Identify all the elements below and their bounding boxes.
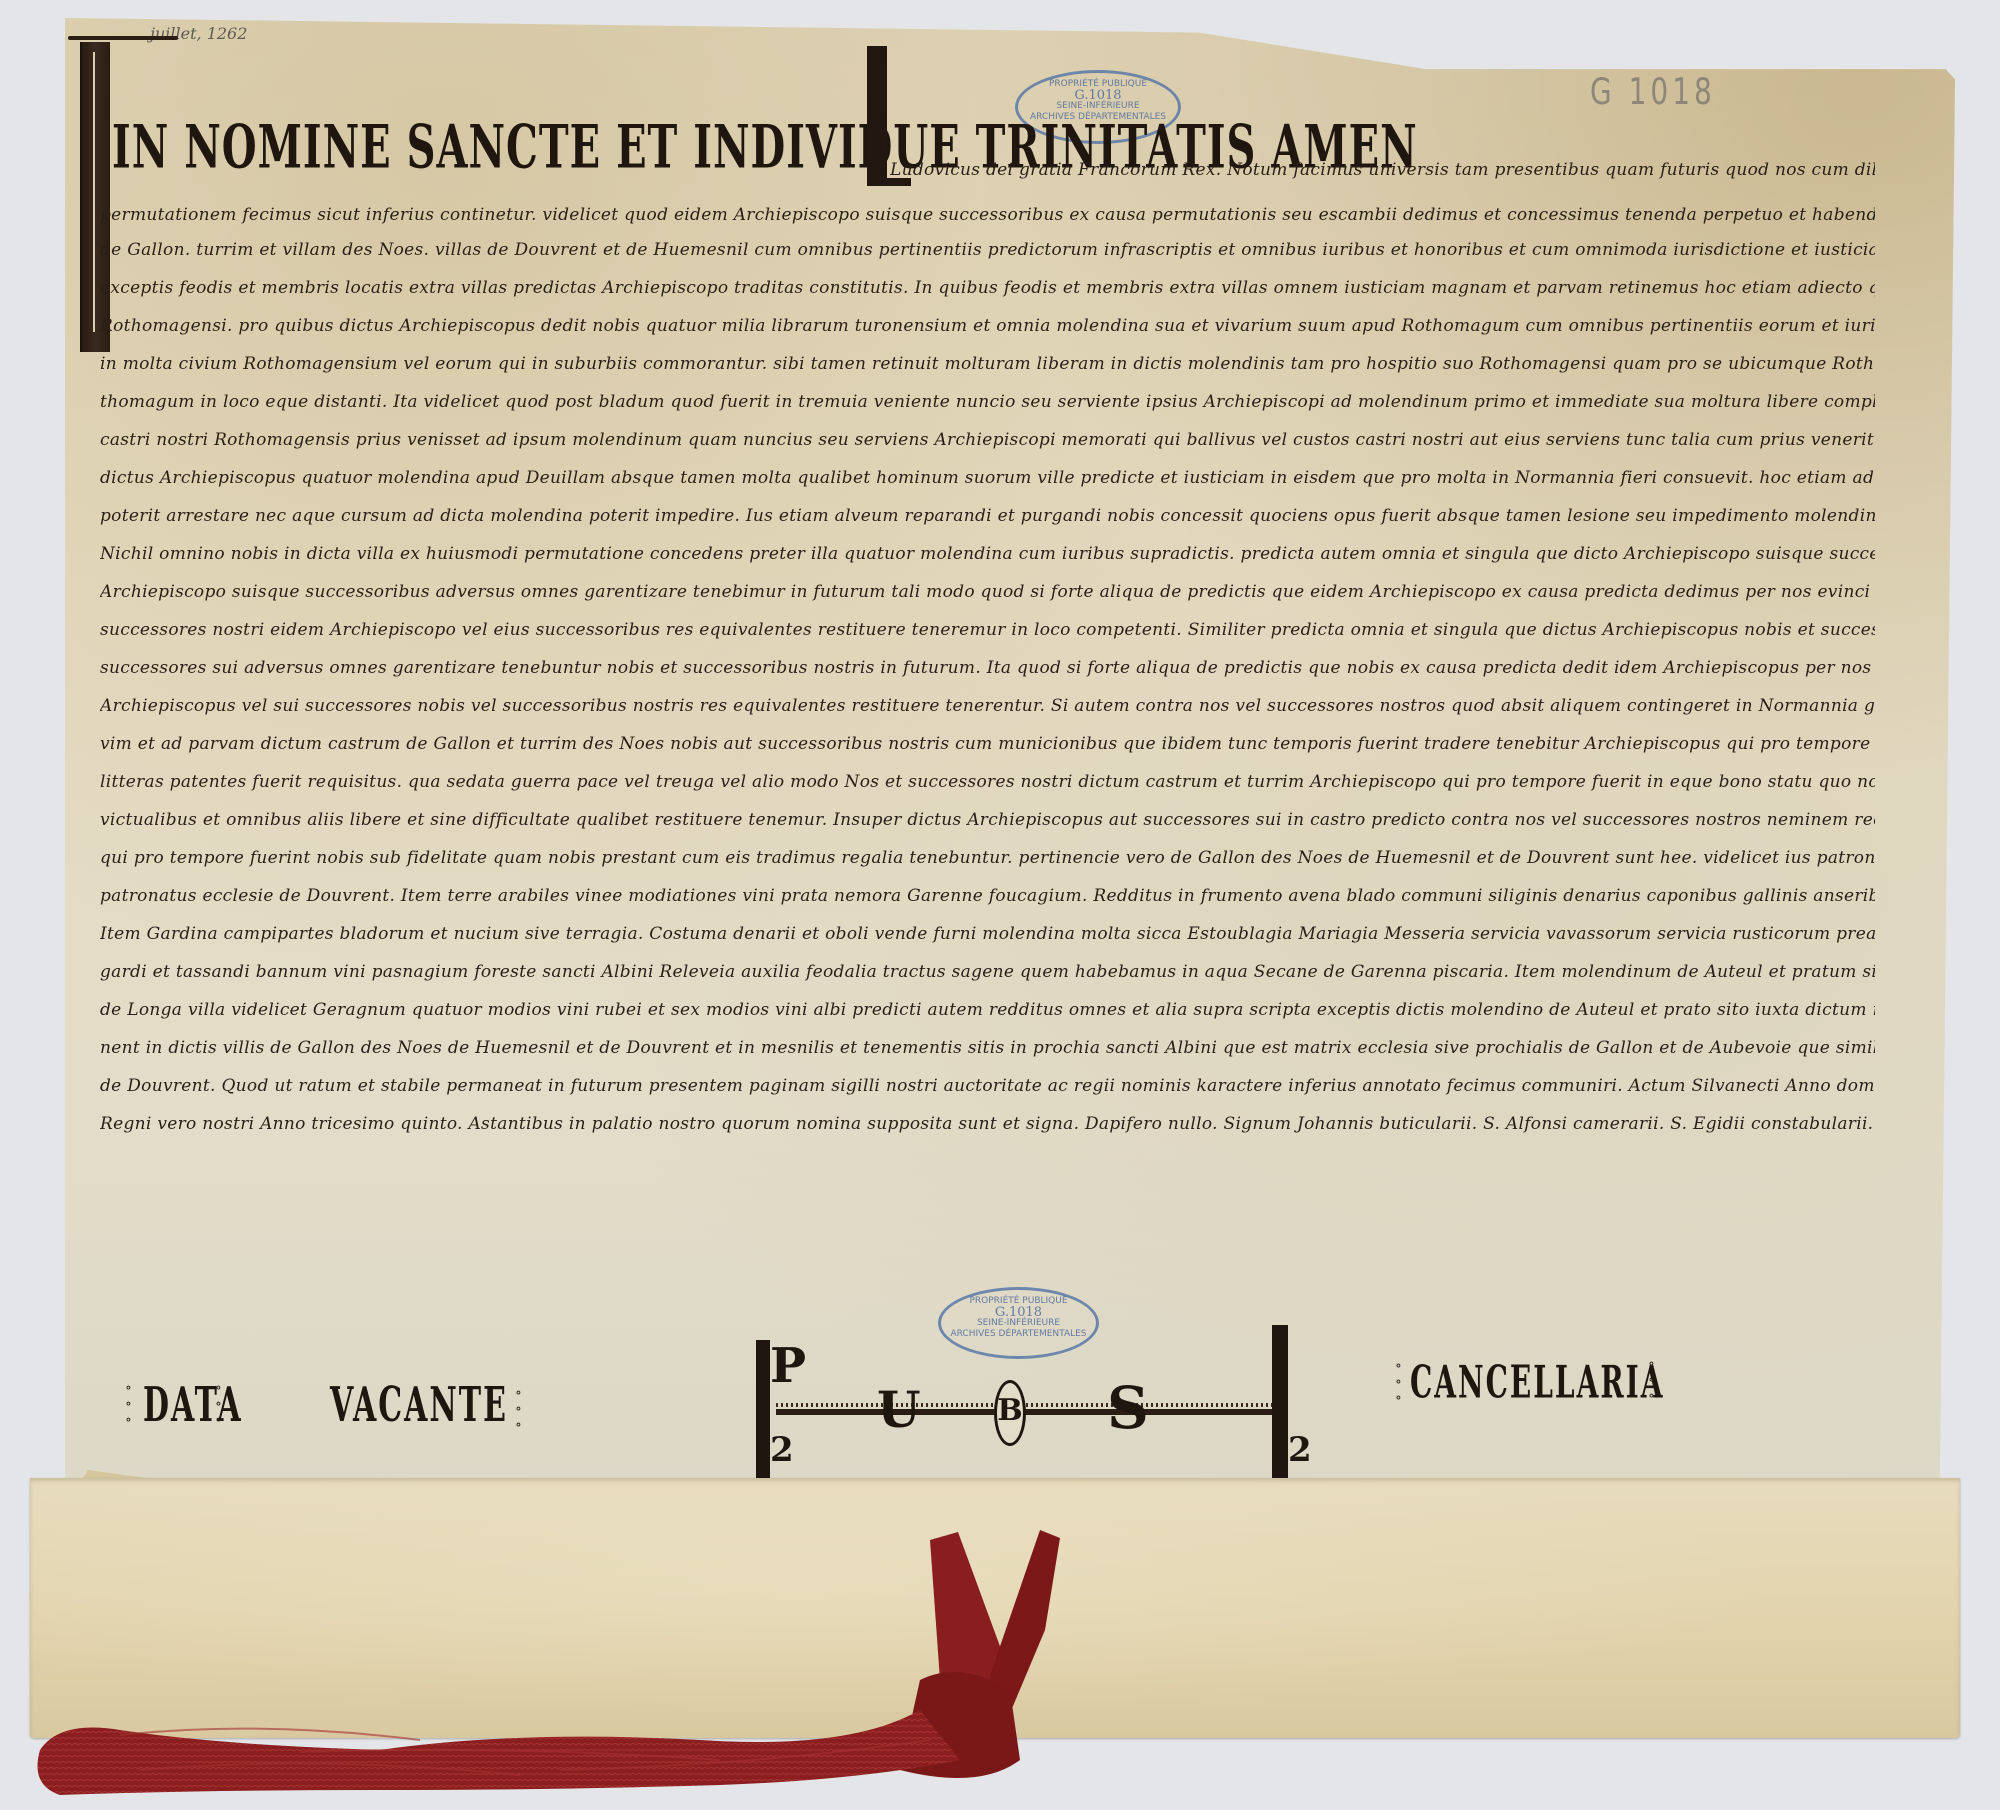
text-line: in molta civium Rothomagensium vel eorum… [100,354,1875,374]
text-line: litteras patentes fuerit requisitus. qua… [100,772,1875,792]
monogram-letter-p: P [770,1338,806,1394]
text-line: exceptis feodis et membris locatis extra… [100,278,1875,298]
text-line: qui pro tempore fuerint nobis sub fideli… [100,848,1875,868]
text-line: Regni vero nostri Anno tricesimo quinto.… [100,1114,1875,1134]
text-line: Archiepiscopo suisque successoribus adve… [100,582,1875,602]
text-line: de Longa villa videlicet Geragnum quatuo… [100,1000,1875,1020]
text-line: poterit arrestare nec aque cursum ad dic… [100,506,1875,526]
archive-date-note: juillet, 1262 [150,24,247,43]
text-line: successores sui adversus omnes garentiza… [100,658,1875,678]
text-line: Ludovicus dei gratia Francorum Rex. Notu… [890,160,1875,180]
stamp-line-2: SEINE-INFÉRIEURE [941,1318,1096,1329]
punctus-dots: ∘∘∘ [215,1380,222,1428]
monogram-left-stem [756,1340,770,1480]
text-line: de Gallon. turrim et villam des Noes. vi… [100,240,1875,260]
decorated-initial-l [867,46,887,186]
text-line: thomagum in loco eque distanti. Ita vide… [100,392,1875,412]
text-line: victualibus et omnibus aliis libere et s… [100,810,1875,830]
shelfmark: G 1018 [1590,70,1716,113]
text-line: Rothomagensi. pro quibus dictus Archiepi… [100,316,1875,336]
vacante-label: VACANTE [330,1378,508,1434]
monogram-letter-s: S [1107,1374,1149,1442]
royal-monogram: P 2 U B S 2 [752,1330,1332,1480]
stamp-code: G.1018 [1018,90,1178,101]
monogram-letter-l-left: 2 [770,1430,794,1470]
punctus-dots: ∘∘∘ [1648,1356,1655,1404]
text-line: Archiepiscopus vel sui successores nobis… [100,696,1875,716]
monogram-letter-l-right: 2 [1288,1430,1312,1470]
text-line: vim et ad parvam dictum castrum de Gallo… [100,734,1875,754]
monogram-letter-u: U [877,1380,921,1439]
punctus-dots: ∘∘∘ [125,1380,132,1428]
text-line: permutationem fecimus sicut inferius con… [100,205,1875,225]
text-line: de Douvrent. Quod ut ratum et stabile pe… [100,1076,1875,1096]
text-line: successores nostri eidem Archiepiscopo v… [100,620,1875,640]
text-line: nent in dictis villis de Gallon des Noes… [100,1038,1875,1058]
silk-lace-icon [0,1490,1100,1810]
decorated-initial-i [80,42,110,352]
stamp-code: G.1018 [941,1307,1096,1318]
text-line: patronatus ecclesie de Douvrent. Item te… [100,886,1875,906]
monogram-right-stem [1272,1325,1288,1485]
text-line: Nichil omnino nobis in dicta villa ex hu… [100,544,1875,564]
cancellaria-label: CANCELLARIA [1410,1356,1664,1409]
data-label: DATA [143,1378,243,1434]
monogram-letter-o: B [994,1380,1026,1446]
text-line: castri nostri Rothomagensis prius veniss… [100,430,1875,450]
text-line: dictus Archiepiscopus quatuor molendina … [100,468,1875,488]
text-line: Item Gardina campipartes bladorum et nuc… [100,924,1875,944]
text-line: gardi et tassandi bannum vini pasnagium … [100,962,1875,982]
punctus-dots: ∘∘∘ [515,1385,522,1433]
monogram-bar [776,1409,1286,1415]
stamp-line-2: SEINE-INFÉRIEURE [1018,101,1178,112]
punctus-dots: ∘∘∘ [1395,1358,1402,1406]
